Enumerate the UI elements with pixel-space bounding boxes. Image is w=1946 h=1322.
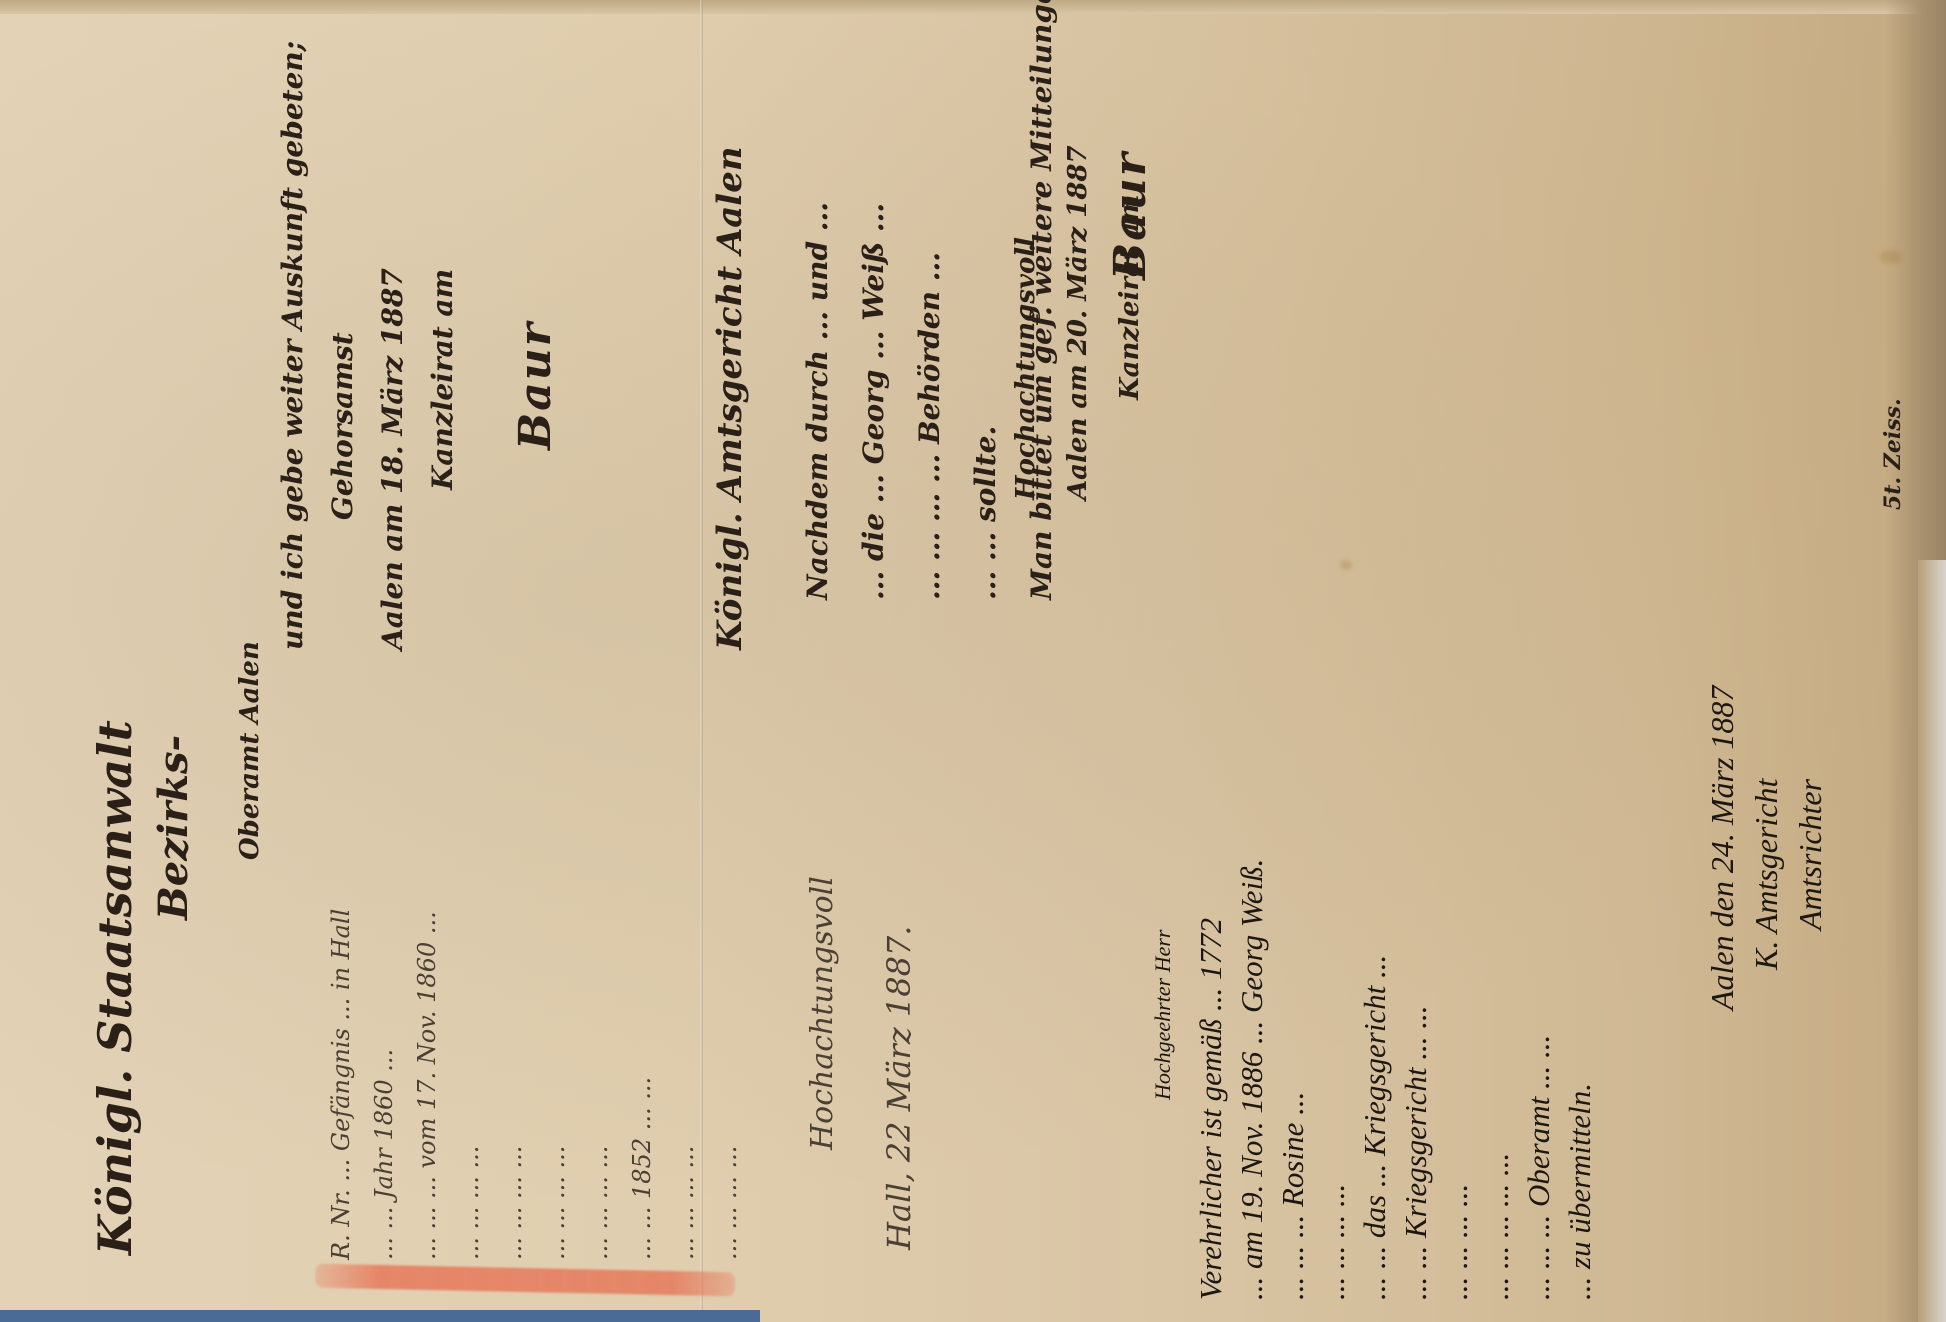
block-2-heading: Königl. Amtsgericht Aalen — [710, 146, 750, 650]
addressee-line-2: Bezirks- — [150, 735, 197, 920]
addressee-heading: Königl. Staatsanwalt — [88, 720, 142, 1255]
addressee: Königl. Staatsanwalt — [88, 720, 142, 1255]
paper-stain — [1340, 560, 1352, 570]
faint-text-block: R. Nr. ... Gefängnis ... in Hall ... ...… — [320, 909, 750, 1260]
block-3-closing: Aalen den 24. März 1887 K. Amtsgericht A… — [1700, 686, 1832, 1010]
faint-closing: Hochachtungsvoll — [805, 876, 840, 1150]
blue-cover-edge — [0, 1310, 760, 1322]
block-3-salutation: Hochgeehrter Herr — [1150, 930, 1176, 1100]
faint-date: Hall, 22 März 1887. — [880, 926, 918, 1250]
addressee-line-3: Oberamt Aalen — [235, 641, 265, 860]
block-1-text: und ich gebe weiter Auskunft gebeten; Ge… — [268, 41, 468, 650]
margin-initials: 5t. Zeiss. — [1880, 398, 1906, 510]
paper-stain — [1880, 250, 1902, 264]
binding-strip — [1918, 560, 1946, 1322]
block-1-signature: Baur — [510, 321, 561, 450]
block-3-body: Verehrlicher ist gemäß ... 1772 ... am 1… — [1190, 859, 1600, 1300]
block-2-signature: Baur — [1105, 151, 1156, 280]
